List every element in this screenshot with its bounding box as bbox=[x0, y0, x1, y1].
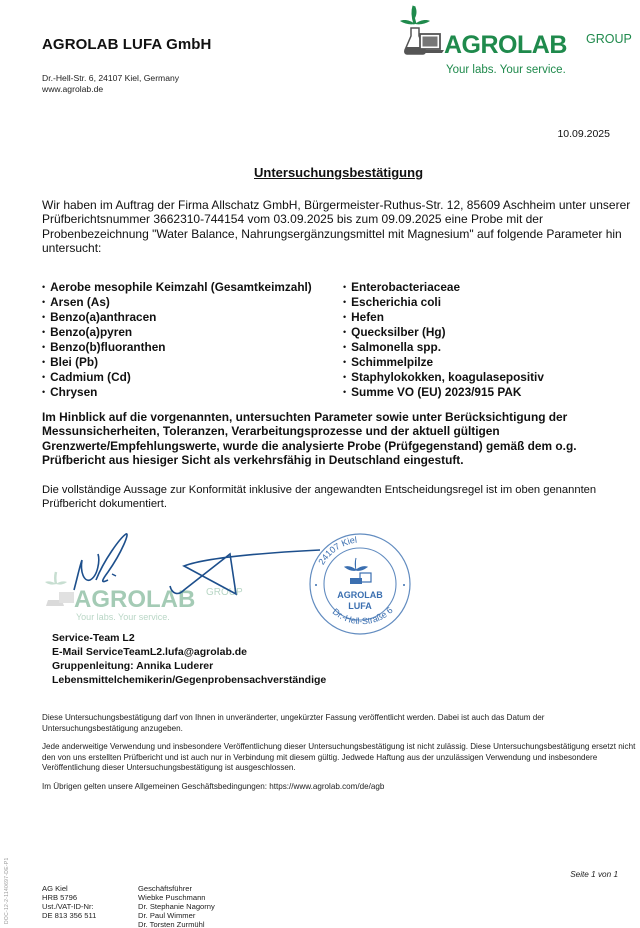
company-address: Dr.-Hell-Str. 6, 24107 Kiel, Germany www… bbox=[42, 73, 179, 95]
parameter-item: Benzo(a)anthracen bbox=[42, 310, 312, 325]
fine-print: Diese Untersuchungsbestätigung darf von … bbox=[42, 713, 640, 801]
document-code: DOC-12-2-1140697-DE-P1 bbox=[2, 848, 12, 926]
page-number: Seite 1 von 1 bbox=[570, 870, 618, 879]
parameter-item: Enterobacteriaceae bbox=[343, 280, 544, 295]
verdict-paragraph: Im Hinblick auf die vorgenannten, unters… bbox=[42, 410, 640, 467]
address-line: Dr.-Hell-Str. 6, 24107 Kiel, Germany bbox=[42, 73, 179, 84]
manager: Dr. Stephanie Nagorny bbox=[138, 902, 215, 911]
signer-team: Service-Team L2 bbox=[52, 631, 326, 645]
signer-block: Service-Team L2 E-Mail ServiceTeamL2.luf… bbox=[52, 631, 326, 687]
signer-group-lead: Gruppenleitung: Annika Luderer bbox=[52, 659, 326, 673]
parameter-item: Cadmium (Cd) bbox=[42, 370, 312, 385]
registry-vat-label: Ust./VAT-ID-Nr: bbox=[42, 902, 96, 911]
intro-paragraph: Wir haben im Auftrag der Firma Allschatz… bbox=[42, 198, 640, 255]
parameter-column-2: EnterobacteriaceaeEscherichia coliHefenQ… bbox=[343, 280, 544, 400]
registry-hrb: HRB 5796 bbox=[42, 893, 96, 902]
company-name: AGROLAB LUFA GmbH bbox=[42, 36, 211, 53]
website-link[interactable]: www.agrolab.de bbox=[42, 84, 179, 95]
registry-court: AG Kiel bbox=[42, 884, 96, 893]
parameter-item: Escherichia coli bbox=[343, 295, 544, 310]
signer-role: Lebensmittelchemikerin/Gegenprobensachve… bbox=[52, 673, 326, 687]
logo-group: GROUP bbox=[586, 32, 632, 46]
parameter-item: Staphylokokken, koagulasepositiv bbox=[343, 370, 544, 385]
logo-tagline: Your labs. Your service. bbox=[446, 64, 566, 76]
signer-email[interactable]: E-Mail ServiceTeamL2.lufa@agrolab.de bbox=[52, 645, 326, 659]
management-title: Geschäftsführer bbox=[138, 884, 215, 893]
parameter-item: Salmonella spp. bbox=[343, 340, 544, 355]
document-date: 10.09.2025 bbox=[557, 128, 610, 140]
parameter-item: Aerobe mesophile Keimzahl (Gesamtkeimzah… bbox=[42, 280, 312, 295]
parameter-item: Schimmelpilze bbox=[343, 355, 544, 370]
fine-print-terms: Im Übrigen gelten unsere Allgemeinen Ges… bbox=[42, 782, 640, 793]
agrolab-logo: AGROLAB GROUP Your labs. Your service. bbox=[398, 2, 638, 80]
registry-vat-id: DE 813 356 511 bbox=[42, 911, 96, 920]
fine-print-usage: Jede anderweitige Verwendung und insbeso… bbox=[42, 742, 640, 774]
parameter-item: Blei (Pb) bbox=[42, 355, 312, 370]
parameter-item: Summe VO (EU) 2023/915 PAK bbox=[343, 385, 544, 400]
footer-registry: AG Kiel HRB 5796 Ust./VAT-ID-Nr: DE 813 … bbox=[42, 884, 96, 920]
company-stamp: 24107 Kiel Dr.-Hell-Straße 6 AGROLAB LUF… bbox=[290, 528, 430, 636]
parameter-item: Quecksilber (Hg) bbox=[343, 325, 544, 340]
logo-brand: AGROLAB bbox=[444, 31, 567, 60]
document-title: Untersuchungsbestätigung bbox=[254, 165, 423, 180]
fine-print-publication: Diese Untersuchungsbestätigung darf von … bbox=[42, 713, 640, 734]
manager: Dr. Torsten Zurmühl bbox=[138, 920, 215, 928]
svg-text:LUFA: LUFA bbox=[348, 601, 372, 611]
parameter-item: Benzo(a)pyren bbox=[42, 325, 312, 340]
manager: Dr. Paul Wimmer bbox=[138, 911, 215, 920]
parameter-item: Arsen (As) bbox=[42, 295, 312, 310]
parameter-item: Chrysen bbox=[42, 385, 312, 400]
parameter-column-1: Aerobe mesophile Keimzahl (Gesamtkeimzah… bbox=[42, 280, 312, 400]
footer-management: Geschäftsführer Wiebke Puschmann Dr. Ste… bbox=[138, 884, 215, 928]
faded-logo-tagline: Your labs. Your service. bbox=[76, 612, 170, 622]
signature-area: AGROLAB GROUP Your labs. Your service. 2… bbox=[40, 528, 430, 628]
parameter-item: Hefen bbox=[343, 310, 544, 325]
manager: Wiebke Puschmann bbox=[138, 893, 215, 902]
svg-text:AGROLAB: AGROLAB bbox=[337, 590, 383, 600]
parameter-item: Benzo(b)fluoranthen bbox=[42, 340, 312, 355]
plant-flask-laptop-icon bbox=[398, 2, 446, 60]
conformity-paragraph: Die vollständige Aussage zur Konformität… bbox=[42, 484, 640, 511]
